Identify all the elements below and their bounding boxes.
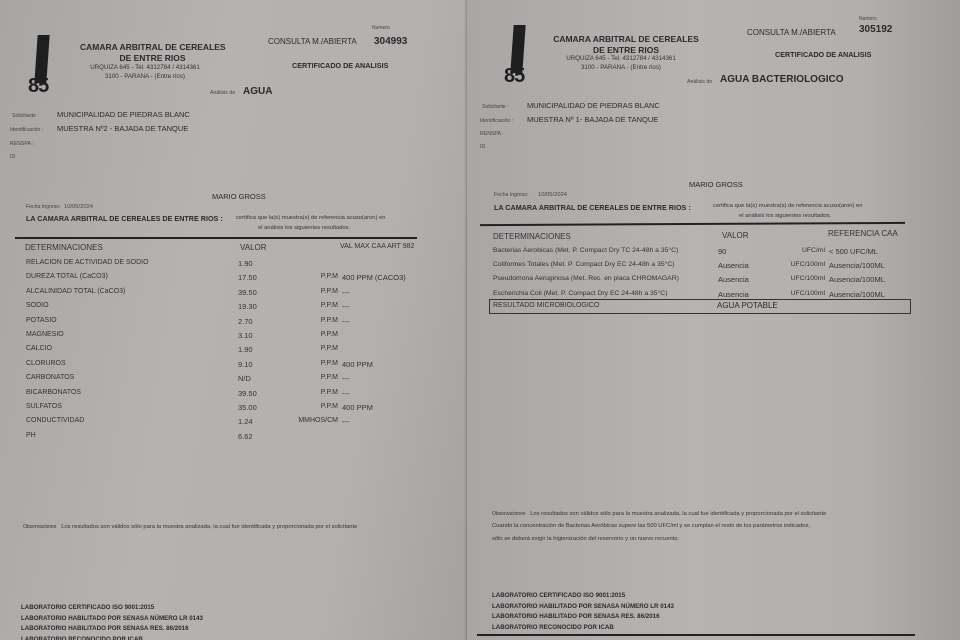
certifies-text-1: certifica que la(s) muestra(s) de refere… [236,215,386,221]
table-row-name: DUREZA TOTAL (CaCO3) [26,273,108,280]
org-logo: 85 [498,25,542,95]
observaciones-note-2: sólo se deberá exigir la higienización d… [492,536,679,542]
table-row-name: BICARBONATOS [26,389,81,396]
table-row-value: 3.10 [238,331,253,340]
identificacion-label: Identificación : [10,127,43,133]
certifies-org: LA CAMARA ARBITRAL DE CEREALES DE ENTRE … [494,203,691,212]
table-row-value: 90 [718,247,726,256]
table-row-name: Escherichia Coli (Met. P. Compact Dry EC… [493,290,667,297]
fecha-value: 10/05/2024 [538,192,567,198]
numero-label: Numero [372,25,390,31]
table-row-value: 1.90 [238,259,253,268]
table-row-value: 9.10 [238,360,253,369]
solicitante-label: Solicitante : [12,113,39,119]
table-row-name: SULFATOS [26,403,62,410]
certifies-text-2: el análisis los siguientes resultados. [258,225,350,231]
table-row-name: SODIO [26,302,49,309]
table-row-name: CONDUCTIVIDAD [26,417,84,424]
table-row-max: --- [342,417,350,426]
solicitante-label: Solicitante : [482,104,509,110]
table-row-value: Ausencia [718,290,749,299]
table-row-max: 400 PPM [342,360,373,369]
table-row-unit: P.P.M [321,317,338,324]
column-header-valor: VALOR [240,243,267,252]
consulta-label: CONSULTA M./ABIERTA [268,37,357,46]
table-row-value: 6.62 [238,432,253,441]
lab-credentials: LABORATORIO CERTIFICADO ISO 9001:2015 LA… [492,591,674,633]
org-logo: 85 [22,35,66,105]
analyst-name: MARIO GROSS [689,180,743,189]
table-row-name: MAGNESIO [26,331,64,338]
lab-credentials: LABORATORIO CERTIFICADO ISO 9001:2015 LA… [21,603,203,640]
table-row-unit: P.P.M [321,360,338,367]
table-row-value: 39.50 [238,389,257,398]
table-row-name: CARBONATOS [26,374,74,381]
table-row-reference: Ausencia/100ML [829,261,885,270]
table-row-unit: P.P.M [321,389,338,396]
id-label: ID [480,144,485,150]
fecha-value: 10/05/2024 [64,204,93,210]
column-header-determinaciones: DETERMINACIONES [493,232,571,241]
column-header-valor: VALOR [722,231,749,240]
table-row-max: 400 PPM (CACO3) [342,273,406,282]
solicitante-value: MUNICIPALIDAD DE PIEDRAS BLANC [57,110,190,119]
analisis-type: AGUA BACTERIOLOGICO [720,74,844,85]
numero-label: Numero [859,16,877,22]
column-header-referencia: REFERENCIA CAA [828,229,898,238]
certificate-title: CERTIFICADO DE ANALISIS [292,61,388,70]
table-row-max: --- [342,302,350,311]
identificacion-value: MUESTRA Nº 1- BAJADA DE TANQUE [527,115,658,124]
table-row-max: --- [342,374,350,383]
org-name: CAMARA ARBITRAL DE CEREALES DE ENTRE RIO… [80,42,225,64]
table-row-name: Pseudomona Aeruginosa (Met. Rec. en plac… [493,275,679,282]
table-row-unit: UFC/100ml [791,290,825,297]
table-row-unit: P.P.M [321,273,338,280]
renspa-label: RENSPA : [10,141,34,147]
analisis-type: AGUA [243,86,272,97]
table-row-unit: P.P.M [321,331,338,338]
analyst-name: MARIO GROSS [212,192,266,201]
certificate-page-left: 85 CAMARA ARBITRAL DE CEREALES DE ENTRE … [0,0,467,640]
org-address: URQUIZA 645 - Tel. 4312784 / 4314361 310… [80,64,210,81]
certifies-text-1: certifica que la(s) muestra(s) de refere… [713,203,863,209]
observaciones: Observaciones Los resultados son válidos… [23,524,357,530]
fecha-label: Fecha Ingreso: [26,204,61,210]
table-row-unit: UFC/100ml [791,261,825,268]
table-row-unit: P.P.M [321,288,338,295]
certificate-page-right: 85 CAMARA ARBITRAL DE CEREALES DE ENTRE … [467,0,960,640]
table-row-max: 400 PPM [342,403,373,412]
org-address: URQUIZA 645 - Tel. 4312784 / 4314361 310… [555,55,687,72]
result-label: RESULTADO MICROBIOLOGICO [493,302,599,309]
table-row-value: N/D [238,374,251,383]
table-row-value: 1.90 [238,345,253,354]
column-header-determinaciones: DETERMINACIONES [25,243,103,252]
table-row-unit: P.P.M [321,345,338,352]
table-row-value: 39.50 [238,288,257,297]
table-row-value: 35.00 [238,403,257,412]
observaciones: Observaciones Los resultados son válidos… [492,511,826,517]
certifies-org: LA CAMARA ARBITRAL DE CEREALES DE ENTRE … [26,214,223,223]
consulta-label: CONSULTA M./ABIERTA [747,28,836,37]
org-name: CAMARA ARBITRAL DE CEREALES DE ENTRE RIO… [552,34,700,56]
table-row-value: Ausencia [718,275,749,284]
result-box: RESULTADO MICROBIOLOGICO AGUA POTABLE [489,299,911,314]
column-header-max: VAL MAX CAA ART 982 [340,243,414,250]
table-row-unit: P.P.M [321,302,338,309]
table-row-name: Bacterias Aerobicas (Met. P. Compact Dry… [493,247,678,254]
analisis-label: Análisis de [687,79,712,85]
result-value: AGUA POTABLE [717,301,778,310]
table-row-value: 1.24 [238,417,253,426]
table-row-value: 19.30 [238,302,257,311]
identificacion-label: Identificación : [480,118,513,124]
table-row-name: ALCALINIDAD TOTAL (CaCO3) [26,288,125,295]
table-row-max: --- [342,389,350,398]
footer-rule [477,634,915,636]
table-row-value: 17.50 [238,273,257,282]
table-row-reference: < 500 UFC/ML [829,247,878,256]
identificacion-value: MUESTRA Nº2 - BAJADA DE TANQUE [57,124,188,133]
header-rule [480,222,905,226]
table-row-name: PH [26,432,36,439]
table-row-max: --- [342,317,350,326]
table-row-max: --- [342,288,350,297]
table-row-name: CALCIO [26,345,52,352]
table-row-value: Ausencia [718,261,749,270]
renspa-label: RENSPA : [480,131,504,137]
table-row-reference: Ausencia/100ML [829,275,885,284]
table-row-name: RELACION DE ACTIVIDAD DE SODIO [26,259,149,266]
table-row-name: CLORUROS [26,360,66,367]
id-label: ID [10,154,15,160]
header-rule [15,237,417,239]
table-row-unit: UFC/100ml [791,275,825,282]
table-row-reference: Ausencia/100ML [829,290,885,299]
table-row-value: 2.70 [238,317,253,326]
table-row-name: Coliformes Totales (Met. P. Compact Dry … [493,261,675,268]
solicitante-value: MUNICIPALIDAD DE PIEDRAS BLANC [527,101,660,110]
certificate-title: CERTIFICADO DE ANALISIS [775,50,871,59]
certificate-number: 304993 [374,36,407,47]
table-row-name: POTASIO [26,317,57,324]
certificate-number: 305192 [859,24,892,35]
fecha-label: Fecha Ingreso: [494,192,529,198]
table-row-unit: UFC/ml [802,247,825,254]
observaciones-note-1: Cuando la concentración de Bacterias Aer… [492,523,810,529]
certifies-text-2: el análisis los siguientes resultados. [739,213,831,219]
table-row-unit: P.P.M [321,374,338,381]
table-row-unit: MMHOS/CM [298,417,338,424]
table-row-unit: P.P.M [321,403,338,410]
analisis-label: Análisis de [210,90,235,96]
